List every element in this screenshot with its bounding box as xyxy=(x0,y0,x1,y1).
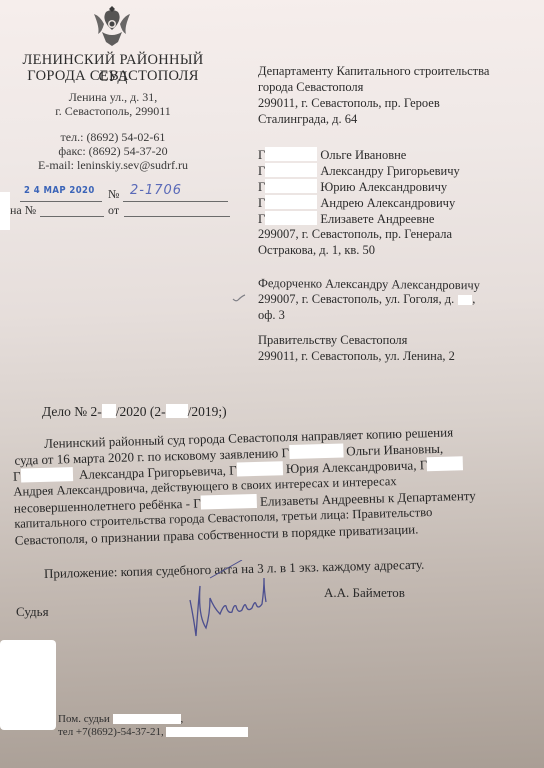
redaction xyxy=(427,456,463,471)
court-letter-page: ЛЕНИНСКИЙ РАЙОННЫЙ СУД ГОРОДА СЕВАСТОПОЛ… xyxy=(0,0,544,768)
handwritten-signature-icon xyxy=(180,560,290,640)
assistant-label: Пом. судьи , xyxy=(58,713,183,725)
signatory-name: А.А. Байметов xyxy=(324,585,405,601)
redaction xyxy=(0,640,56,730)
redaction xyxy=(289,444,343,460)
redaction xyxy=(236,461,282,476)
assistant-phone: тел +7(8692)-54-37-21, xyxy=(58,726,248,738)
redaction xyxy=(20,467,72,482)
redaction xyxy=(113,714,181,724)
body-paragraph: Ленинский районный суд города Севастопол… xyxy=(0,0,544,768)
redaction xyxy=(201,494,257,510)
redaction xyxy=(166,727,248,737)
signatory-role: Судья xyxy=(16,604,49,620)
